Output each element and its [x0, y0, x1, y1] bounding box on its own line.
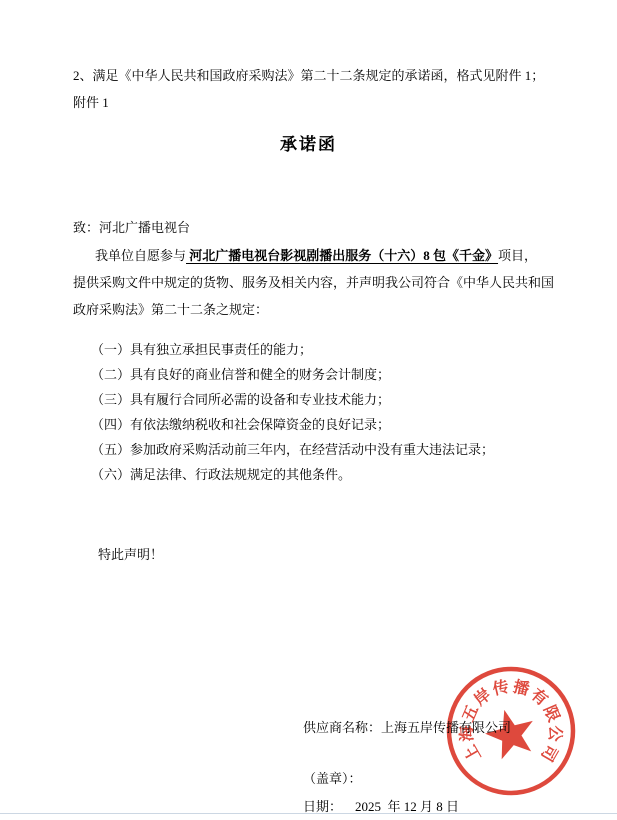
salutation-line: 致：河北广播电视台 [73, 219, 577, 237]
requirement-note-line: 2、满足《中华人民共和国政府采购法》第二十二条规定的承诺函，格式见附件 1； [73, 67, 577, 85]
page-bottom-rule [0, 813, 617, 814]
seal-label-line: （盖章）： [303, 770, 362, 787]
condition-item-3: （三）具有履行合同所必需的设备和专业技术能力； [73, 387, 577, 412]
condition-item-2: （二）具有良好的商业信誉和健全的财务会计制度； [73, 362, 577, 387]
intro-line-3: 政府采购法》第二十二条之规定： [73, 301, 577, 319]
project-name-underlined: 河北广播电视台影视剧播出服务（十六）8 包《千金》 [186, 248, 498, 263]
svg-text:司: 司 [537, 742, 561, 765]
condition-item-1: （一）具有独立承担民事责任的能力； [73, 337, 577, 362]
attachment-label: 附件 1 [73, 94, 577, 112]
intro-suffix: 项目， [498, 248, 537, 263]
condition-item-6: （六）满足法律、行政法规规定的其他条件。 [73, 462, 577, 487]
intro-line-2: 提供采购文件中规定的货物、服务及相关内容，并声明我公司符合《中华人民共和国 [73, 274, 577, 292]
letter-title: 承诺函 [0, 130, 617, 155]
document-page: 2、满足《中华人民共和国政府采购法》第二十二条规定的承诺函，格式见附件 1； 附… [0, 0, 617, 820]
intro-prefix: 我单位自愿参与 [95, 248, 186, 263]
closing-statement: 特此声明！ [73, 546, 577, 564]
svg-text:海: 海 [457, 724, 477, 742]
svg-text:公: 公 [545, 725, 564, 743]
company-seal-stamp: 上海五岸传播有限公司 [441, 661, 581, 801]
intro-line-1: 我单位自愿参与 河北广播电视台影视剧播出服务（十六）8 包《千金》项目， [73, 247, 577, 265]
svg-text:限: 限 [540, 702, 564, 724]
conditions-list: （一）具有独立承担民事责任的能力； （二）具有良好的商业信誉和健全的财务会计制度… [73, 337, 577, 487]
condition-item-5: （五）参加政府采购活动前三年内，在经营活动中没有重大违法记录； [73, 437, 577, 462]
seal-star-icon [485, 710, 533, 759]
svg-text:岸: 岸 [471, 685, 495, 709]
svg-text:播: 播 [511, 677, 531, 699]
condition-item-4: （四）有依法缴纳税收和社会保障资金的良好记录； [73, 412, 577, 437]
svg-text:上: 上 [461, 742, 485, 765]
svg-text:传: 传 [490, 677, 511, 699]
